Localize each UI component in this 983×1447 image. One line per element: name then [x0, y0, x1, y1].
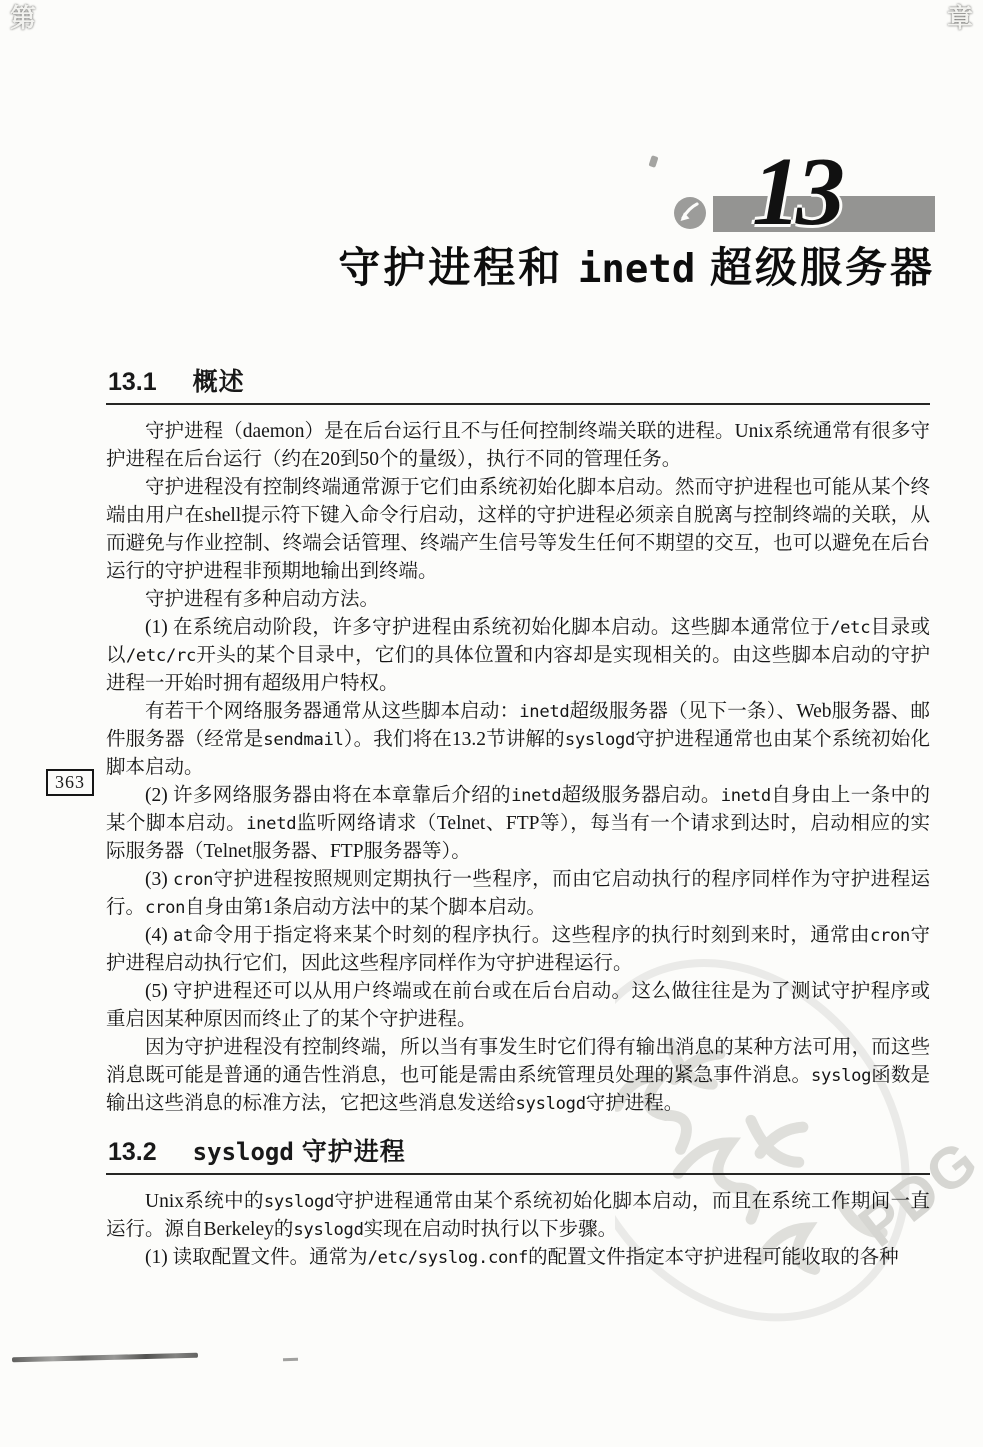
section-body: 守护进程（daemon）是在后台运行且不与任何控制终端关联的进程。Unix系统通… [106, 418, 930, 1118]
code-term: cron [145, 898, 185, 918]
scan-smudge [12, 1353, 198, 1363]
code-term: /etc [830, 618, 870, 638]
code-term: sendmail [263, 730, 343, 750]
text-run: 守护进程。 [586, 1093, 684, 1114]
code-term: syslogd [516, 1094, 586, 1114]
code-term: /etc/rc [126, 646, 196, 666]
chapter-number: 13 [752, 143, 840, 241]
section-title: syslogd 守护进程 [193, 1140, 406, 1166]
section-heading: 13.1概述 [106, 357, 930, 405]
paragraph: (2) 许多网络服务器由将在本章靠后介绍的inetd超级服务器启动。inetd自… [106, 782, 930, 866]
margin-page-number: 363 [46, 769, 94, 796]
paragraph: 因为守护进程没有控制终端，所以当有事发生时它们得有输出消息的某种方法可用，而这些… [106, 1034, 930, 1118]
section-13.2: 13.2syslogd 守护进程Unix系统中的syslogd守护进程通常由某个… [106, 1127, 930, 1272]
text-run: ）。我们将在13.2节讲解的 [344, 729, 565, 750]
section-title: 概述 [193, 370, 245, 396]
code-term: syslogd [293, 1220, 363, 1240]
code-term: /etc/syslog.conf [368, 1248, 528, 1268]
text-run: 守护进程和 [338, 244, 578, 291]
chapter-badge-arrow-icon [674, 197, 706, 229]
section-number: 13.2 [108, 1138, 157, 1166]
text-run: 开头的某个目录中，它们的具体位置和内容却是实现相关的。由这些脚本启动的守护进程一… [106, 645, 930, 694]
code-term: syslogd [264, 1192, 334, 1212]
code-term: inetd [246, 814, 296, 834]
book-page: 第 13 章 守护进程和 inetd 超级服务器 363 PDG 13.1概述守… [0, 0, 983, 1447]
code-term: inetd [519, 702, 569, 722]
text-run: 命令用于指定将来某个时刻的程序执行。这些程序的执行时刻到来时，通常由 [193, 925, 870, 946]
paragraph: 守护进程有多种启动方法。 [106, 586, 930, 614]
text-run: Unix系统中的 [145, 1191, 264, 1212]
text-run: 守护进程 [294, 1138, 406, 1166]
scan-speck [648, 155, 658, 168]
chapter-title: 守护进程和 inetd 超级服务器 [338, 235, 935, 295]
paragraph: (4) at命令用于指定将来某个时刻的程序执行。这些程序的执行时刻到来时，通常由… [106, 922, 930, 978]
code-term: syslogd [193, 1138, 294, 1166]
section-13.1: 13.1概述守护进程（daemon）是在后台运行且不与任何控制终端关联的进程。U… [106, 357, 930, 1118]
code-term: syslog [811, 1066, 871, 1086]
paragraph: 有若干个网络服务器通常从这些脚本启动：inetd超级服务器（见下一条）、Web服… [106, 698, 930, 782]
code-term: cron [173, 870, 213, 890]
text-run: 守护进程（daemon）是在后台运行且不与任何控制终端关联的进程。Unix系统通… [106, 421, 930, 470]
paragraph: (3) cron守护进程按照规则定期执行一些程序，而由它启动执行的程序同样作为守… [106, 866, 930, 922]
section-body: Unix系统中的syslogd守护进程通常由某个系统初始化脚本启动，而且在系统工… [106, 1188, 930, 1272]
section-number: 13.1 [108, 368, 157, 396]
code-term: syslogd [565, 730, 635, 750]
chapter-badge-suffix: 章 [947, 4, 973, 32]
page-body: 13.1概述守护进程（daemon）是在后台运行且不与任何控制终端关联的进程。U… [106, 357, 930, 1272]
code-term: inetd [578, 247, 695, 292]
paragraph: (1) 读取配置文件。通常为/etc/syslog.conf的配置文件指定本守护… [106, 1244, 930, 1272]
text-run: 的配置文件指定本守护进程可能收取的各种 [528, 1247, 899, 1268]
code-term: at [173, 926, 193, 946]
text-run: 自身由第1条启动方法中的某个脚本启动。 [185, 897, 546, 918]
text-run: (3) [145, 869, 173, 890]
text-run: (5) 守护进程还可以从用户终端或在前台或在后台启动。这么做往往是为了测试守护程… [106, 981, 930, 1030]
text-run: 概述 [193, 368, 245, 396]
code-term: cron [870, 926, 910, 946]
paragraph: (5) 守护进程还可以从用户终端或在前台或在后台启动。这么做往往是为了测试守护程… [106, 978, 930, 1034]
code-term: inetd [511, 786, 561, 806]
text-run: (1) 在系统启动阶段，许多守护进程由系统初始化脚本启动。这些脚本通常位于 [145, 617, 830, 638]
text-run: 有若干个网络服务器通常从这些脚本启动： [145, 701, 519, 722]
text-run: (2) 许多网络服务器由将在本章靠后介绍的 [145, 785, 511, 806]
paragraph: Unix系统中的syslogd守护进程通常由某个系统初始化脚本启动，而且在系统工… [106, 1188, 930, 1244]
section-heading: 13.2syslogd 守护进程 [106, 1127, 930, 1175]
text-run: 超级服务器启动。 [561, 785, 720, 806]
text-run: (4) [145, 925, 173, 946]
paragraph: 守护进程（daemon）是在后台运行且不与任何控制终端关联的进程。Unix系统通… [106, 418, 930, 474]
text-run: 实现在启动时执行以下步骤。 [364, 1219, 618, 1240]
text-run: 守护进程没有控制终端通常源于它们由系统初始化脚本启动。然而守护进程也可能从某个终… [106, 477, 930, 582]
chapter-badge-prefix: 第 [10, 4, 36, 32]
code-term: inetd [721, 786, 771, 806]
text-run: (1) 读取配置文件。通常为 [145, 1247, 368, 1268]
text-run: 因为守护进程没有控制终端，所以当有事发生时它们得有输出消息的某种方法可用，而这些… [106, 1037, 930, 1086]
paragraph: 守护进程没有控制终端通常源于它们由系统初始化脚本启动。然而守护进程也可能从某个终… [106, 474, 930, 586]
paragraph: (1) 在系统启动阶段，许多守护进程由系统初始化脚本启动。这些脚本通常位于/et… [106, 614, 930, 698]
text-run: 守护进程有多种启动方法。 [145, 589, 379, 610]
text-run: 超级服务器 [695, 244, 935, 291]
scan-smudge-dash [283, 1358, 298, 1362]
